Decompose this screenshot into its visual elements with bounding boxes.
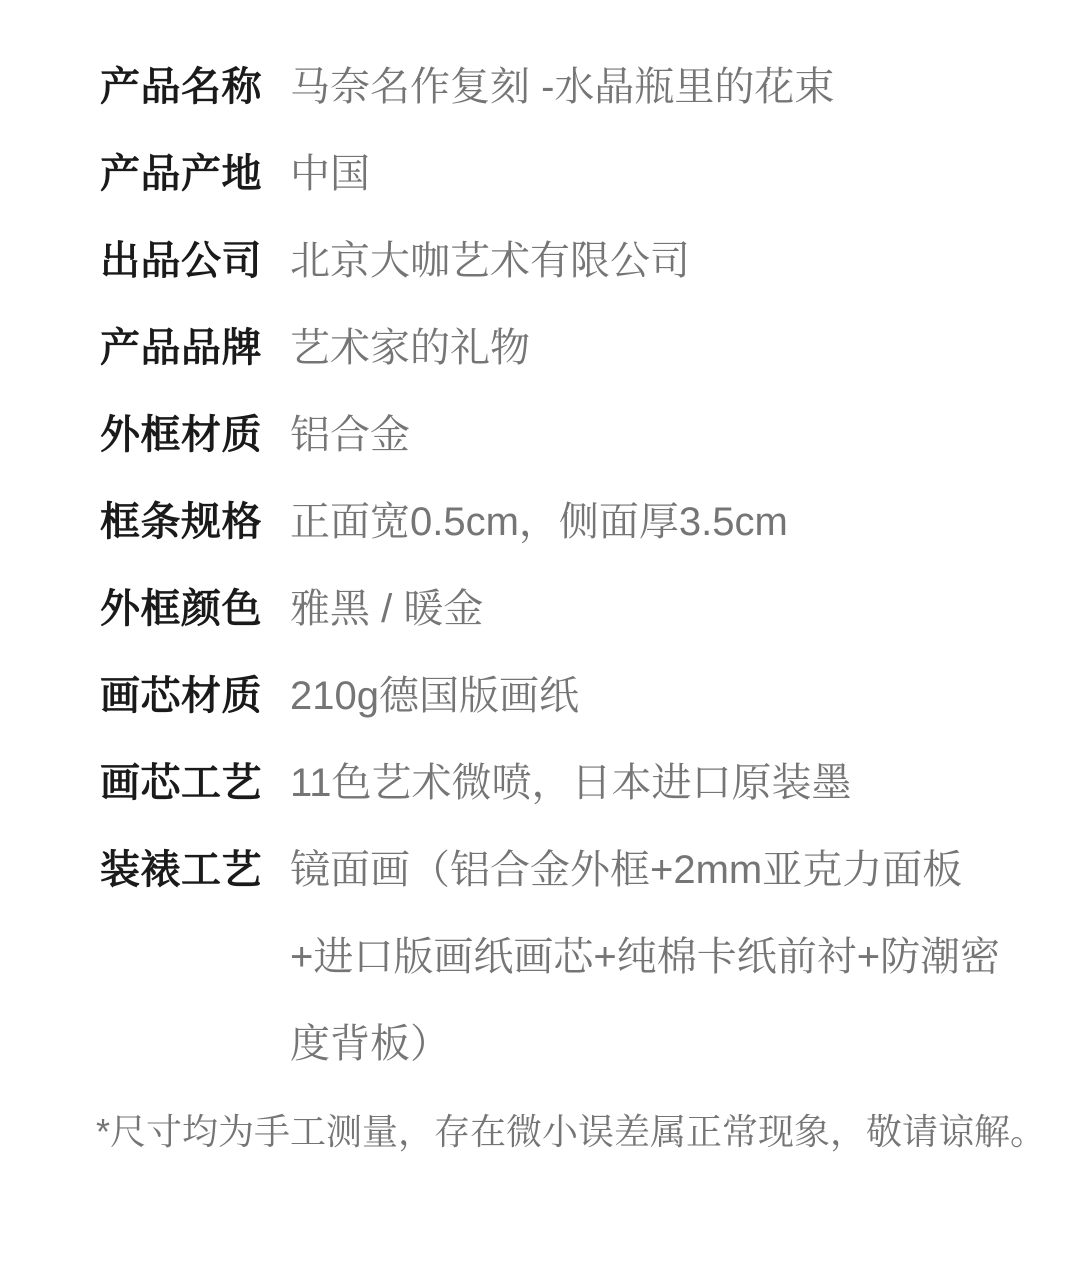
spec-row-product-name: 产品名称 马奈名作复刻 -水晶瓶里的花束 <box>100 44 1040 131</box>
spec-label: 框条规格 <box>100 479 264 566</box>
spec-label: 产品产地 <box>100 131 264 218</box>
spec-label: 出品公司 <box>100 218 264 305</box>
measurement-disclaimer: *尺寸均为手工测量，存在微小误差属正常现象，敬请谅解。 <box>96 1088 1040 1175</box>
spec-row-origin: 产品产地 中国 <box>100 131 1040 218</box>
spec-row-frame-size: 框条规格 正面宽0.5cm，侧面厚3.5cm <box>100 479 1040 566</box>
spec-row-frame-color: 外框颜色 雅黑 / 暖金 <box>100 566 1040 653</box>
spec-value: 210g德国版画纸 <box>290 653 579 740</box>
spec-label: 装裱工艺 <box>100 827 264 914</box>
spec-label: 产品名称 <box>100 44 264 131</box>
spec-row-brand: 产品品牌 艺术家的礼物 <box>100 305 1040 392</box>
spec-row-producer: 出品公司 北京大咖艺术有限公司 <box>100 218 1040 305</box>
spec-value: 雅黑 / 暖金 <box>290 566 483 653</box>
spec-value: 马奈名作复刻 -水晶瓶里的花束 <box>290 44 834 131</box>
spec-value: 中国 <box>290 131 370 218</box>
spec-value: 正面宽0.5cm，侧面厚3.5cm <box>290 479 788 566</box>
spec-label: 产品品牌 <box>100 305 264 392</box>
spec-label: 画芯工艺 <box>100 740 264 827</box>
spec-row-frame-material: 外框材质 铝合金 <box>100 392 1040 479</box>
spec-row-print-craft: 画芯工艺 11色艺术微喷，日本进口原装墨 <box>100 740 1040 827</box>
spec-value: 11色艺术微喷，日本进口原装墨 <box>290 740 852 827</box>
spec-value: 镜面画（铝合金外框+2mm亚克力面板+进口版画纸画芯+纯棉卡纸前衬+防潮密度背板… <box>290 827 1012 1088</box>
spec-label: 画芯材质 <box>100 653 264 740</box>
spec-value: 艺术家的礼物 <box>290 305 530 392</box>
spec-label: 外框颜色 <box>100 566 264 653</box>
product-spec-table: 产品名称 马奈名作复刻 -水晶瓶里的花束 产品产地 中国 出品公司 北京大咖艺术… <box>0 0 1080 1175</box>
spec-row-print-material: 画芯材质 210g德国版画纸 <box>100 653 1040 740</box>
spec-value: 铝合金 <box>290 392 410 479</box>
spec-row-mounting-craft: 装裱工艺 镜面画（铝合金外框+2mm亚克力面板+进口版画纸画芯+纯棉卡纸前衬+防… <box>100 827 1040 1088</box>
spec-value: 北京大咖艺术有限公司 <box>290 218 690 305</box>
spec-label: 外框材质 <box>100 392 264 479</box>
